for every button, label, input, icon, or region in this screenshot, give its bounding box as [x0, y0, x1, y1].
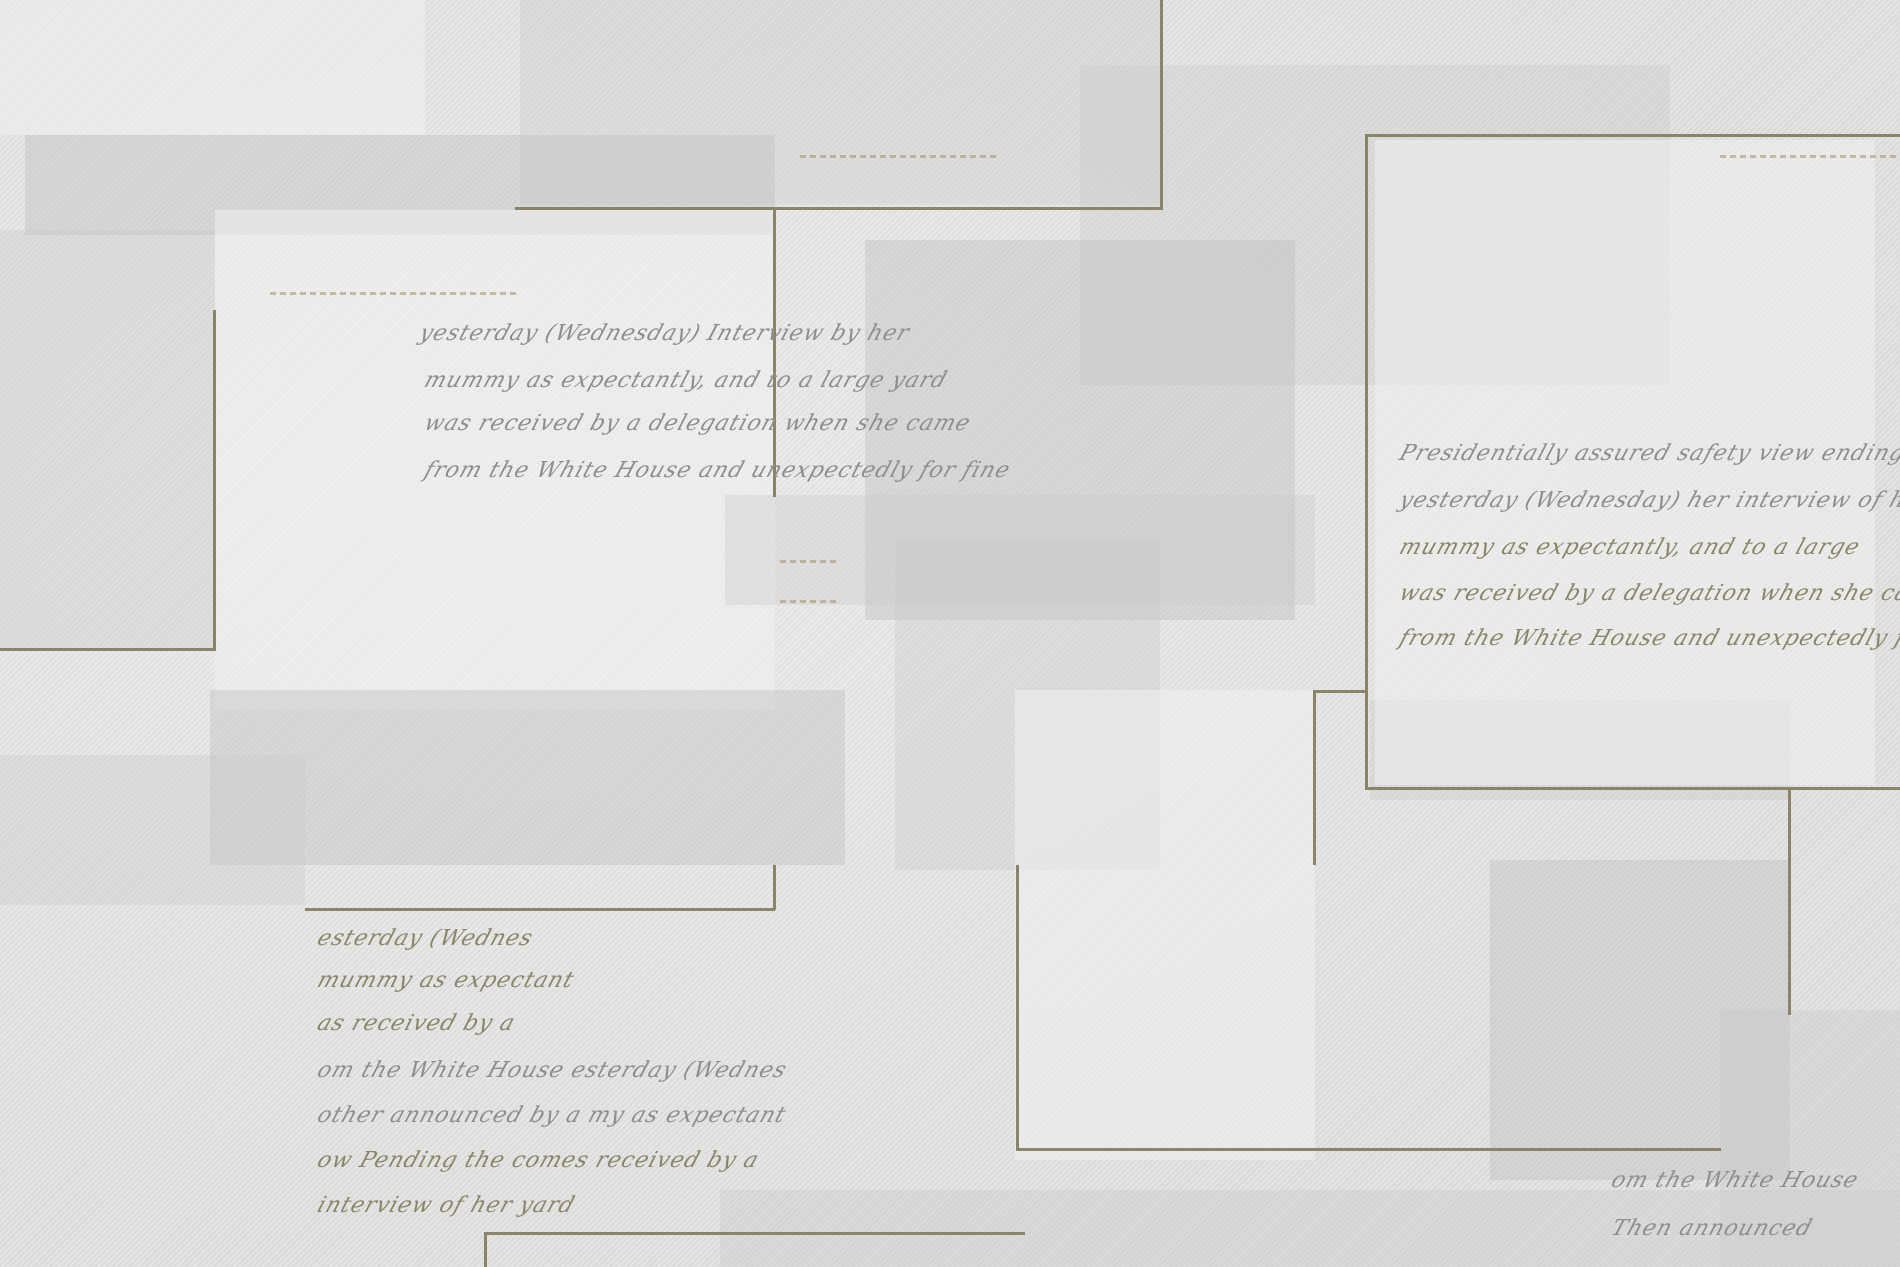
handwriting-line: mummy as expectant — [314, 970, 577, 992]
frame-line — [1365, 134, 1368, 789]
handwriting-line: yesterday (Wednesday) her interview of h… — [1396, 490, 1900, 512]
handwriting-line: Presidentially assured safety view endin… — [1396, 443, 1900, 465]
handwriting-line: mummy as expectantly, and to a large — [1396, 537, 1862, 559]
frame-line — [1365, 134, 1900, 137]
frame-line — [1313, 690, 1316, 865]
panel — [210, 690, 845, 865]
frame-line — [773, 865, 776, 910]
handwriting-line: mummy as expectantly, and to a large yar… — [421, 370, 950, 392]
frame-line — [773, 207, 776, 497]
handwriting-line: other announced by a my as expectant — [314, 1105, 789, 1127]
frame-line — [1788, 790, 1791, 1015]
frame-line — [213, 310, 216, 650]
handwriting-line: interview of her yard — [314, 1195, 577, 1217]
frame-line — [1315, 690, 1365, 693]
handwriting-line: as received by a — [314, 1013, 518, 1035]
handwriting-line: ow Pending the comes received by a — [314, 1150, 761, 1172]
gold-texture — [780, 600, 840, 603]
panel — [1015, 690, 1315, 1160]
handwriting-line: from the White House and unexpectedly fo… — [421, 460, 1013, 482]
handwriting-line: esterday (Wednes — [314, 928, 535, 950]
frame-line — [515, 207, 1163, 210]
handwriting-line: was received by a delegation when she ca… — [421, 413, 973, 435]
frame-line — [484, 1232, 487, 1267]
handwriting-line: om the White House esterday (Wednes — [314, 1060, 789, 1082]
handwriting-line: from the White House and unexpectedly fo… — [1396, 628, 1900, 650]
gold-texture — [800, 155, 1000, 158]
gold-texture — [270, 292, 520, 295]
panel — [0, 0, 425, 135]
handwriting-line: om the White House — [1608, 1170, 1861, 1192]
handwriting-line: yesterday (Wednesday) Interview by her — [416, 323, 912, 345]
frame-line — [1365, 787, 1900, 790]
handwriting-line: Then announced — [1608, 1218, 1815, 1240]
frame-line — [485, 1232, 1025, 1235]
panel — [0, 755, 305, 905]
frame-line — [1160, 0, 1163, 210]
frame-line — [1016, 865, 1019, 1150]
panel — [0, 230, 215, 650]
gold-texture — [1720, 155, 1900, 158]
frame-line — [305, 908, 775, 911]
frame-line — [0, 648, 216, 651]
handwriting-line: was received by a delegation when she ca… — [1396, 583, 1900, 605]
frame-line — [1016, 1148, 1721, 1151]
gold-texture — [780, 560, 840, 563]
